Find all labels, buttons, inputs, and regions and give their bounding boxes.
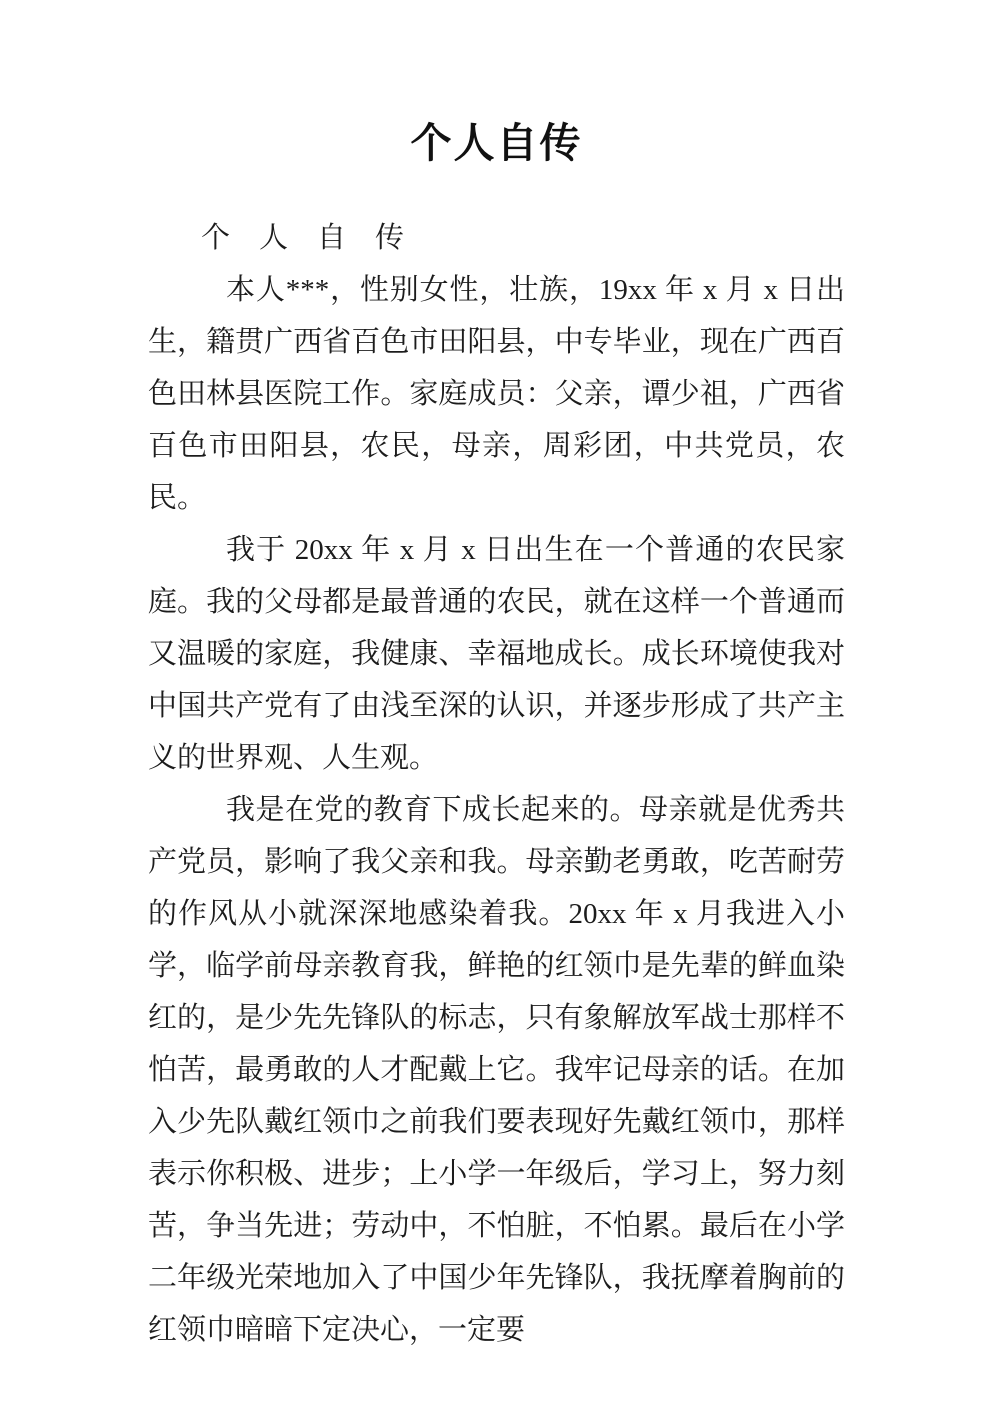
document-title: 个人自传 — [0, 118, 993, 168]
document-page: 个人自传 个 人 自 传 本人***，性别女性，壮族，19xx 年 x 月 x … — [0, 0, 993, 1404]
document-subtitle: 个 人 自 传 — [148, 212, 845, 264]
paragraph-growth-education: 我是在党的教育下成长起来的。母亲就是优秀共产党员，影响了我父亲和我。母亲勤老勇敢… — [148, 784, 845, 1356]
paragraph-family-background: 我于 20xx 年 x 月 x 日出生在一个普通的农民家庭。我的父母都是最普通的… — [148, 524, 845, 784]
document-body: 个 人 自 传 本人***，性别女性，壮族，19xx 年 x 月 x 日出生，籍… — [148, 212, 845, 1356]
paragraph-personal-info: 本人***，性别女性，壮族，19xx 年 x 月 x 日出生，籍贯广西省百色市田… — [148, 264, 845, 524]
